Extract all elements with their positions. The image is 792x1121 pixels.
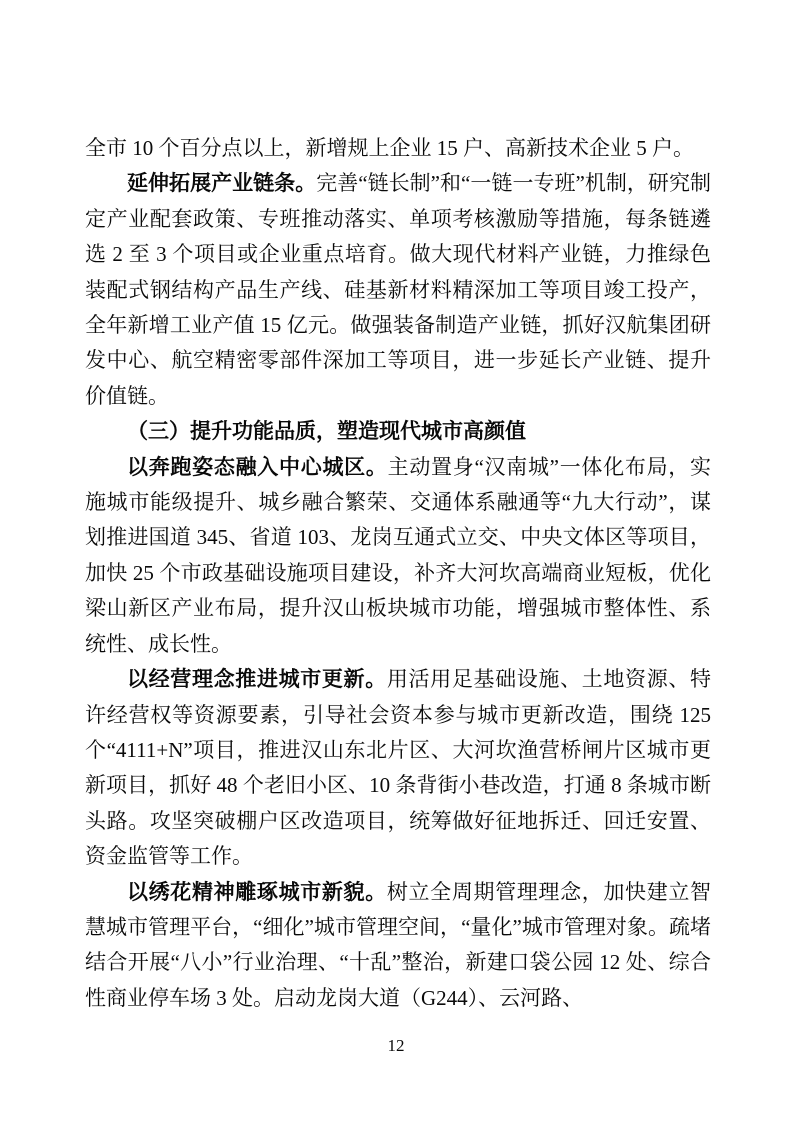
page-number: 12 <box>388 1036 405 1055</box>
paragraph-urban-renewal: 以经营理念推进城市更新。用活用足基础设施、土地资源、特许经营权等资源要素，引导社… <box>85 662 711 874</box>
paragraph-lead-text: 以奔跑姿态融入中心城区。 <box>127 455 388 479</box>
paragraph-body-text: 主动置身“汉南城”一体化布局，实施城市能级提升、城乡融合繁荣、交通体系融通等“九… <box>85 455 711 656</box>
paragraph-industry-chain: 延伸拓展产业链条。完善“链长制”和“一链一专班”机制，研究制定产业配套政策、专班… <box>85 166 711 414</box>
page-footer: 12 <box>0 1035 792 1057</box>
paragraph-central-city: 以奔跑姿态融入中心城区。主动置身“汉南城”一体化布局，实施城市能级提升、城乡融合… <box>85 450 711 662</box>
paragraph-lead-text: 以经营理念推进城市更新。 <box>127 667 387 691</box>
document-page: 全市 10 个百分点以上，新增规上企业 15 户、高新技术企业 5 户。 延伸拓… <box>0 0 792 1121</box>
paragraph-body-text: 全市 10 个百分点以上，新增规上企业 15 户、高新技术企业 5 户。 <box>85 136 694 160</box>
paragraph-lead-text: 延伸拓展产业链条。 <box>127 171 316 195</box>
paragraph-continuation: 全市 10 个百分点以上，新增规上企业 15 户、高新技术企业 5 户。 <box>85 131 711 166</box>
section-heading: （三）提升功能品质，塑造现代城市高颜值 <box>85 414 711 449</box>
document-body: 全市 10 个百分点以上，新增规上企业 15 户、高新技术企业 5 户。 延伸拓… <box>85 131 711 1016</box>
section-heading-text: （三）提升功能品质，塑造现代城市高颜值 <box>127 419 526 443</box>
paragraph-body-text: 用活用足基础设施、土地资源、特许经营权等资源要素，引导社会资本参与城市更新改造，… <box>85 667 711 868</box>
paragraph-city-appearance: 以绣花精神雕琢城市新貌。树立全周期管理理念，加快建立智慧城市管理平台，“细化”城… <box>85 875 711 1017</box>
paragraph-lead-text: 以绣花精神雕琢城市新貌。 <box>127 880 387 904</box>
paragraph-body-text: 完善“链长制”和“一链一专班”机制，研究制定产业配套政策、专班推动落实、单项考核… <box>85 171 711 407</box>
